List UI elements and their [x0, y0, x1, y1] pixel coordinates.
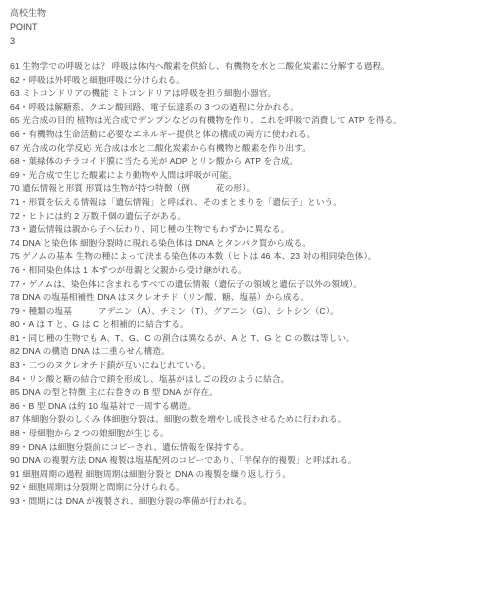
- list-item: 78 DNA の塩基相補性 DNA はヌクレオチド（リン酸、糖、塩基）から成る。: [10, 291, 483, 305]
- list-item: 83・二つのヌクレオチド鎖が互いにねじれている。: [10, 359, 483, 373]
- list-item: 80・A は T と、G は C と相補的に結合する。: [10, 318, 483, 332]
- list-item: 86・B 型 DNA は約 10 塩基対で一周する構造。: [10, 400, 483, 414]
- doc-title: 高校生物: [10, 6, 489, 20]
- list-item: 82 DNA の構造 DNA は二重らせん構造。: [10, 345, 483, 359]
- list-item: 85 DNA の型と特徴 主に右巻きの B 型 DNA が存在。: [10, 386, 483, 400]
- list-item: 84・リン酸と糖の結合で鎖を形成し、塩基がはしごの段のように結合。: [10, 373, 483, 387]
- list-item: 72・ヒトには約 2 万数千個の遺伝子がある。: [10, 210, 483, 224]
- list-item: 90 DNA の複製方法 DNA 複製は塩基配列のコピーであり、「半保存的複製」…: [10, 454, 483, 468]
- list-item: 62・呼吸は外呼吸と細胞呼吸に分けられる。: [10, 74, 483, 88]
- list-item: 64・呼吸は解糖系、クエン酸回路、電子伝達系の 3 つの過程に分かれる。: [10, 101, 483, 115]
- list-item: 68・葉緑体のチラコイド膜に当たる光が ADP とリン酸から ATP を合成。: [10, 155, 483, 169]
- list-item: 61 生物学での呼吸とは？ 呼吸は体内へ酸素を供給し、有機物を水と二酸化炭素に分…: [10, 60, 483, 74]
- list-item: 88・母細胞から 2 つの娘細胞が生じる。: [10, 427, 483, 441]
- list-item: 63 ミトコンドリアの機能 ミトコンドリアは呼吸を担う細胞小器官。: [10, 87, 483, 101]
- list-item: 89・DNA は細胞分裂前にコピーされ、遺伝情報を保持する。: [10, 441, 483, 455]
- list-item: 77・ゲノムは、染色体に含まれるすべての遺伝情報（遺伝子の領域と遺伝子以外の領域…: [10, 278, 483, 292]
- list-item: 74 DNA と染色体 細胞分裂時に現れる染色体は DNA とタンパク質から成る…: [10, 237, 483, 251]
- document-header: 高校生物 POINT 3: [0, 0, 489, 48]
- doc-subtitle: POINT: [10, 20, 489, 34]
- list-item: 91 細胞周期の過程 細胞周期は細胞分裂と DNA の複製を繰り返し行う。: [10, 468, 483, 482]
- list-item: 79・種類の塩基 アデニン（A）、チミン（T）、グアニン（G）、シトシン（C）。: [10, 305, 483, 319]
- list-item: 92・細胞周期は分裂期と間期に分けられる。: [10, 481, 483, 495]
- page-number: 3: [10, 34, 489, 48]
- list-item: 65 光合成の目的 植物は光合成でデンプンなどの有機物を作り、これを呼吸で消費し…: [10, 114, 483, 128]
- list-item: 73・遺伝情報は親から子へ伝わり、同じ種の生物でもわずかに異なる。: [10, 223, 483, 237]
- list-item: 67 光合成の化学反応 光合成は水と二酸化炭素から有機物と酸素を作り出す。: [10, 142, 483, 156]
- list-item: 76・相同染色体は 1 本ずつが母親と父親から受け継がれる。: [10, 264, 483, 278]
- list-item: 75 ゲノムの基本 生物の種によって決まる染色体の本数（ヒトは 46 本、23 …: [10, 250, 483, 264]
- list-item: 66・有機物は生命活動に必要なエネルギー提供と体の構成の両方に使われる。: [10, 128, 483, 142]
- list-item: 70 遺伝情報と形質 形質は生物が持つ特徴（例 花の形）。: [10, 182, 483, 196]
- document-page: 高校生物 POINT 3 61 生物学での呼吸とは？ 呼吸は体内へ酸素を供給し、…: [0, 0, 489, 600]
- list-item: 69・光合成で生じた酸素により動物や人間は呼吸が可能。: [10, 169, 483, 183]
- notes-list: 61 生物学での呼吸とは？ 呼吸は体内へ酸素を供給し、有機物を水と二酸化炭素に分…: [0, 60, 489, 509]
- list-item: 87 体細胞分裂のしくみ 体細胞分裂は、細胞の数を増やし成長させるために行われる…: [10, 413, 483, 427]
- list-item: 81・同じ種の生物でも A、T、G、C の割合は異なるが、A と T、G と C…: [10, 332, 483, 346]
- list-item: 71・形質を伝える情報は「遺伝情報」と呼ばれ、そのまとまりを「遺伝子」という。: [10, 196, 483, 210]
- list-item: 93・間期には DNA が複製され、細胞分裂の準備が行われる。: [10, 495, 483, 509]
